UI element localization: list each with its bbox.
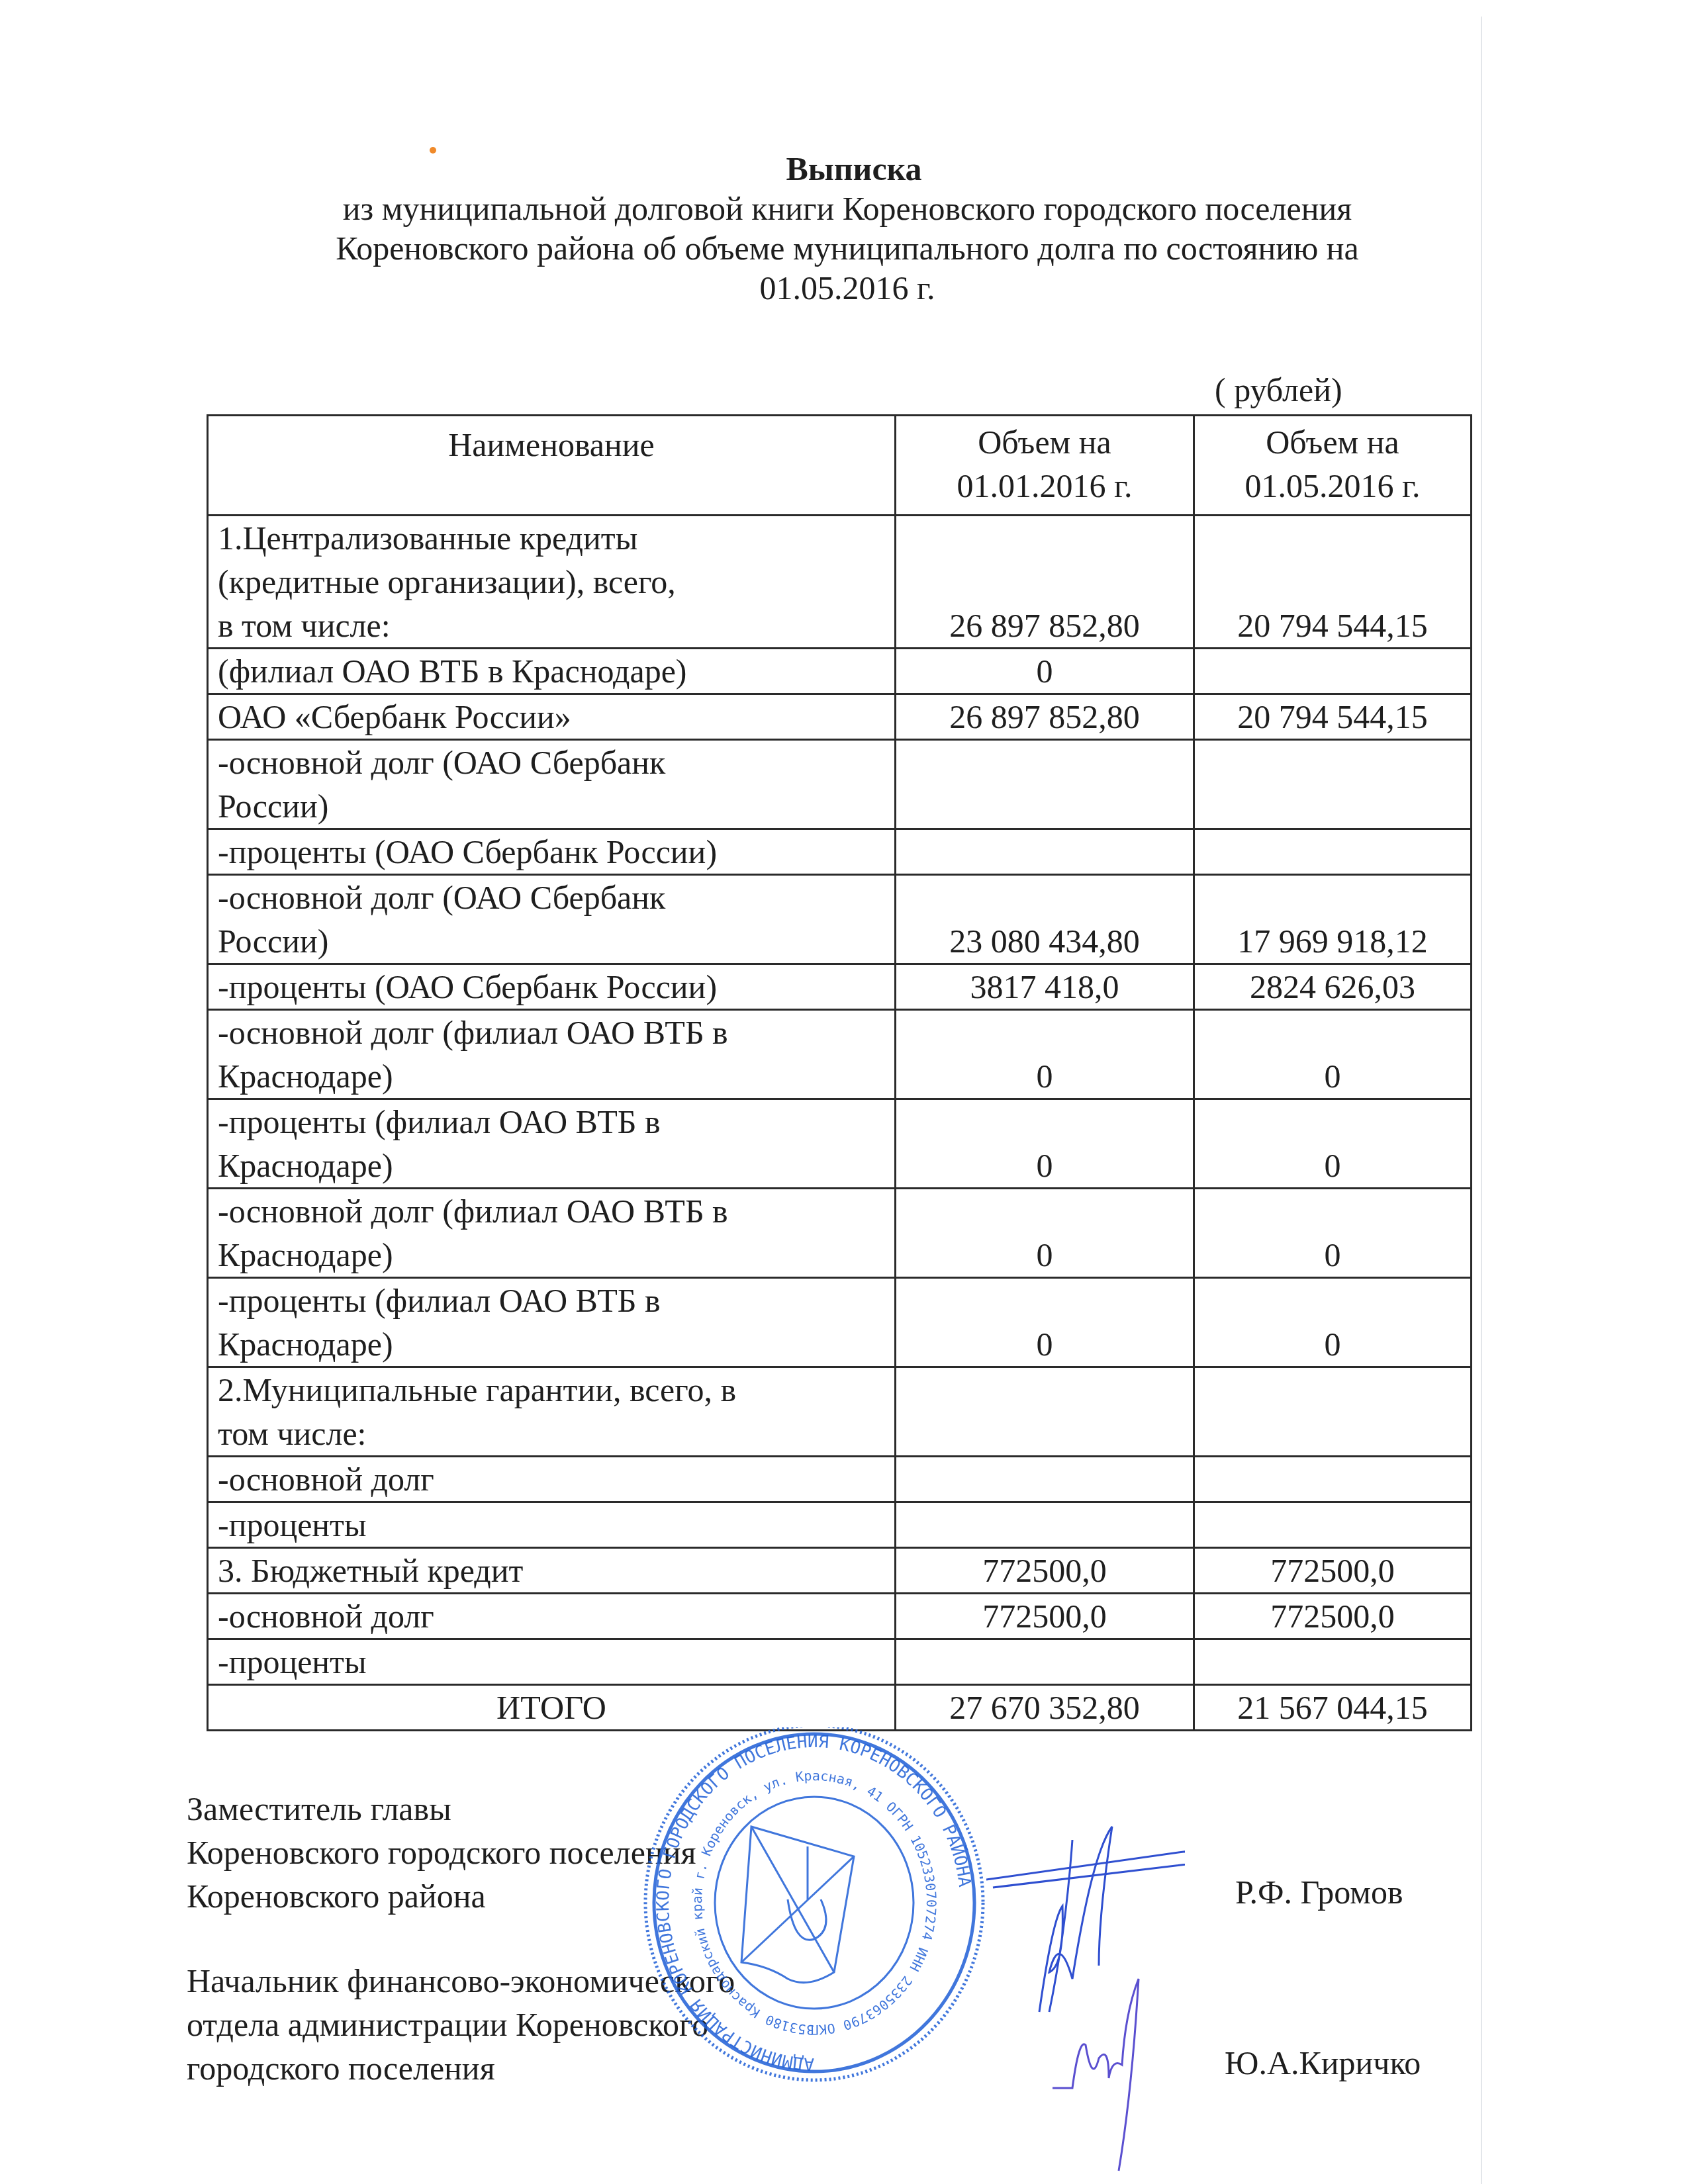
table-header-row: Наименование Объем на 01.01.2016 г. Объе… <box>208 416 1472 516</box>
row-volume-end: 0 <box>1194 1278 1472 1367</box>
row-name: ОАО «Сбербанк России» <box>208 694 896 740</box>
row-volume-start: 0 <box>896 649 1194 694</box>
row-name: -проценты <box>208 1502 896 1548</box>
row-volume-start <box>896 1367 1194 1457</box>
signature-kirichko-icon <box>1046 1972 1192 2184</box>
signer1-title: Заместитель главы Кореновского городског… <box>187 1787 696 1918</box>
row-volume-end <box>1194 740 1472 829</box>
table-row: -проценты <box>208 1639 1472 1685</box>
row-volume-end <box>1194 1639 1472 1685</box>
row-volume-start: 772500,0 <box>896 1548 1194 1594</box>
table-row: -основной долг772500,0772500,0 <box>208 1594 1472 1639</box>
row-volume-start <box>896 1457 1194 1502</box>
row-volume-end: 0 <box>1194 1099 1472 1189</box>
row-volume-start <box>896 740 1194 829</box>
row-name: -основной долг (ОАО Сбербанк России) <box>208 740 896 829</box>
total-volume-end: 21 567 044,15 <box>1194 1685 1472 1731</box>
row-volume-start: 0 <box>896 1189 1194 1278</box>
row-name: -проценты (ОАО Сбербанк России) <box>208 829 896 875</box>
header-volume-end: Объем на 01.05.2016 г. <box>1194 416 1472 516</box>
row-volume-start: 0 <box>896 1099 1194 1189</box>
row-name: 3. Бюджетный кредит <box>208 1548 896 1594</box>
row-name: -основной долг (филиал ОАО ВТБ в Краснод… <box>208 1189 896 1278</box>
row-volume-start: 3817 418,0 <box>896 964 1194 1010</box>
row-volume-start: 0 <box>896 1010 1194 1099</box>
row-name: -проценты (ОАО Сбербанк России) <box>208 964 896 1010</box>
row-name: -проценты (филиал ОАО ВТБ в Краснодаре) <box>208 1099 896 1189</box>
header-name: Наименование <box>208 416 896 516</box>
row-name: 1.Централизованные кредиты (кредитные ор… <box>208 516 896 649</box>
table-total-row: ИТОГО27 670 352,8021 567 044,15 <box>208 1685 1472 1731</box>
row-name: 2.Муниципальные гарантии, всего, в том ч… <box>208 1367 896 1457</box>
table-row: (филиал ОАО ВТБ в Краснодаре)0 <box>208 649 1472 694</box>
row-volume-end: 20 794 544,15 <box>1194 694 1472 740</box>
row-name: (филиал ОАО ВТБ в Краснодаре) <box>208 649 896 694</box>
document-title: Выписка <box>212 149 1496 189</box>
row-volume-end <box>1194 1457 1472 1502</box>
units-label: ( рублей) <box>1215 371 1342 409</box>
signer2-name: Ю.А.Киричко <box>1225 2044 1421 2082</box>
row-volume-end: 772500,0 <box>1194 1548 1472 1594</box>
row-name: -основной долг (ОАО Сбербанк России) <box>208 875 896 964</box>
row-volume-start <box>896 1502 1194 1548</box>
row-volume-end: 17 969 918,12 <box>1194 875 1472 964</box>
row-volume-start: 772500,0 <box>896 1594 1194 1639</box>
table-row: -проценты (филиал ОАО ВТБ в Краснодаре)0… <box>208 1099 1472 1189</box>
total-volume-start: 27 670 352,80 <box>896 1685 1194 1731</box>
header-volume-start: Объем на 01.01.2016 г. <box>896 416 1194 516</box>
table-row: -основной долг (филиал ОАО ВТБ в Краснод… <box>208 1010 1472 1099</box>
document-header: Выписка из муниципальной долговой книги … <box>199 149 1496 308</box>
scan-edge-line <box>1481 17 1482 2184</box>
row-volume-start <box>896 829 1194 875</box>
row-volume-end <box>1194 1502 1472 1548</box>
table-row: -основной долг (филиал ОАО ВТБ в Краснод… <box>208 1189 1472 1278</box>
table-row: 1.Централизованные кредиты (кредитные ор… <box>208 516 1472 649</box>
table-row: -основной долг (ОАО Сбербанк России)23 0… <box>208 875 1472 964</box>
row-name: -основной долг (филиал ОАО ВТБ в Краснод… <box>208 1010 896 1099</box>
row-volume-start: 26 897 852,80 <box>896 516 1194 649</box>
row-volume-end: 20 794 544,15 <box>1194 516 1472 649</box>
table-row: -проценты <box>208 1502 1472 1548</box>
row-volume-start: 0 <box>896 1278 1194 1367</box>
row-name: -основной долг <box>208 1594 896 1639</box>
row-volume-start: 26 897 852,80 <box>896 694 1194 740</box>
table-row: 2.Муниципальные гарантии, всего, в том ч… <box>208 1367 1472 1457</box>
debt-table: Наименование Объем на 01.01.2016 г. Объе… <box>207 414 1472 1731</box>
table-row: -проценты (филиал ОАО ВТБ в Краснодаре)0… <box>208 1278 1472 1367</box>
total-label: ИТОГО <box>208 1685 896 1731</box>
row-volume-end: 0 <box>1194 1189 1472 1278</box>
table-row: ОАО «Сбербанк России»26 897 852,8020 794… <box>208 694 1472 740</box>
row-volume-start <box>896 1639 1194 1685</box>
row-name: -основной долг <box>208 1457 896 1502</box>
table-row: 3. Бюджетный кредит772500,0772500,0 <box>208 1548 1472 1594</box>
signer1-name: Р.Ф. Громов <box>1235 1873 1403 1911</box>
row-volume-end <box>1194 1367 1472 1457</box>
row-volume-end <box>1194 829 1472 875</box>
row-name: -проценты (филиал ОАО ВТБ в Краснодаре) <box>208 1278 896 1367</box>
table-row: -проценты (ОАО Сбербанк России)3817 418,… <box>208 964 1472 1010</box>
row-volume-end: 772500,0 <box>1194 1594 1472 1639</box>
row-volume-end: 0 <box>1194 1010 1472 1099</box>
table-row: -основной долг <box>208 1457 1472 1502</box>
document-subtitle: из муниципальной долговой книги Кореновс… <box>199 189 1496 308</box>
row-volume-start: 23 080 434,80 <box>896 875 1194 964</box>
official-stamp-icon: АДМИНИСТРАЦИЯ КОРЕНОВСКОГО ГОРОДСКОГО ПО… <box>635 1727 993 2098</box>
row-volume-end <box>1194 649 1472 694</box>
table-row: -основной долг (ОАО Сбербанк России) <box>208 740 1472 829</box>
row-name: -проценты <box>208 1639 896 1685</box>
row-volume-end: 2824 626,03 <box>1194 964 1472 1010</box>
table-row: -проценты (ОАО Сбербанк России) <box>208 829 1472 875</box>
